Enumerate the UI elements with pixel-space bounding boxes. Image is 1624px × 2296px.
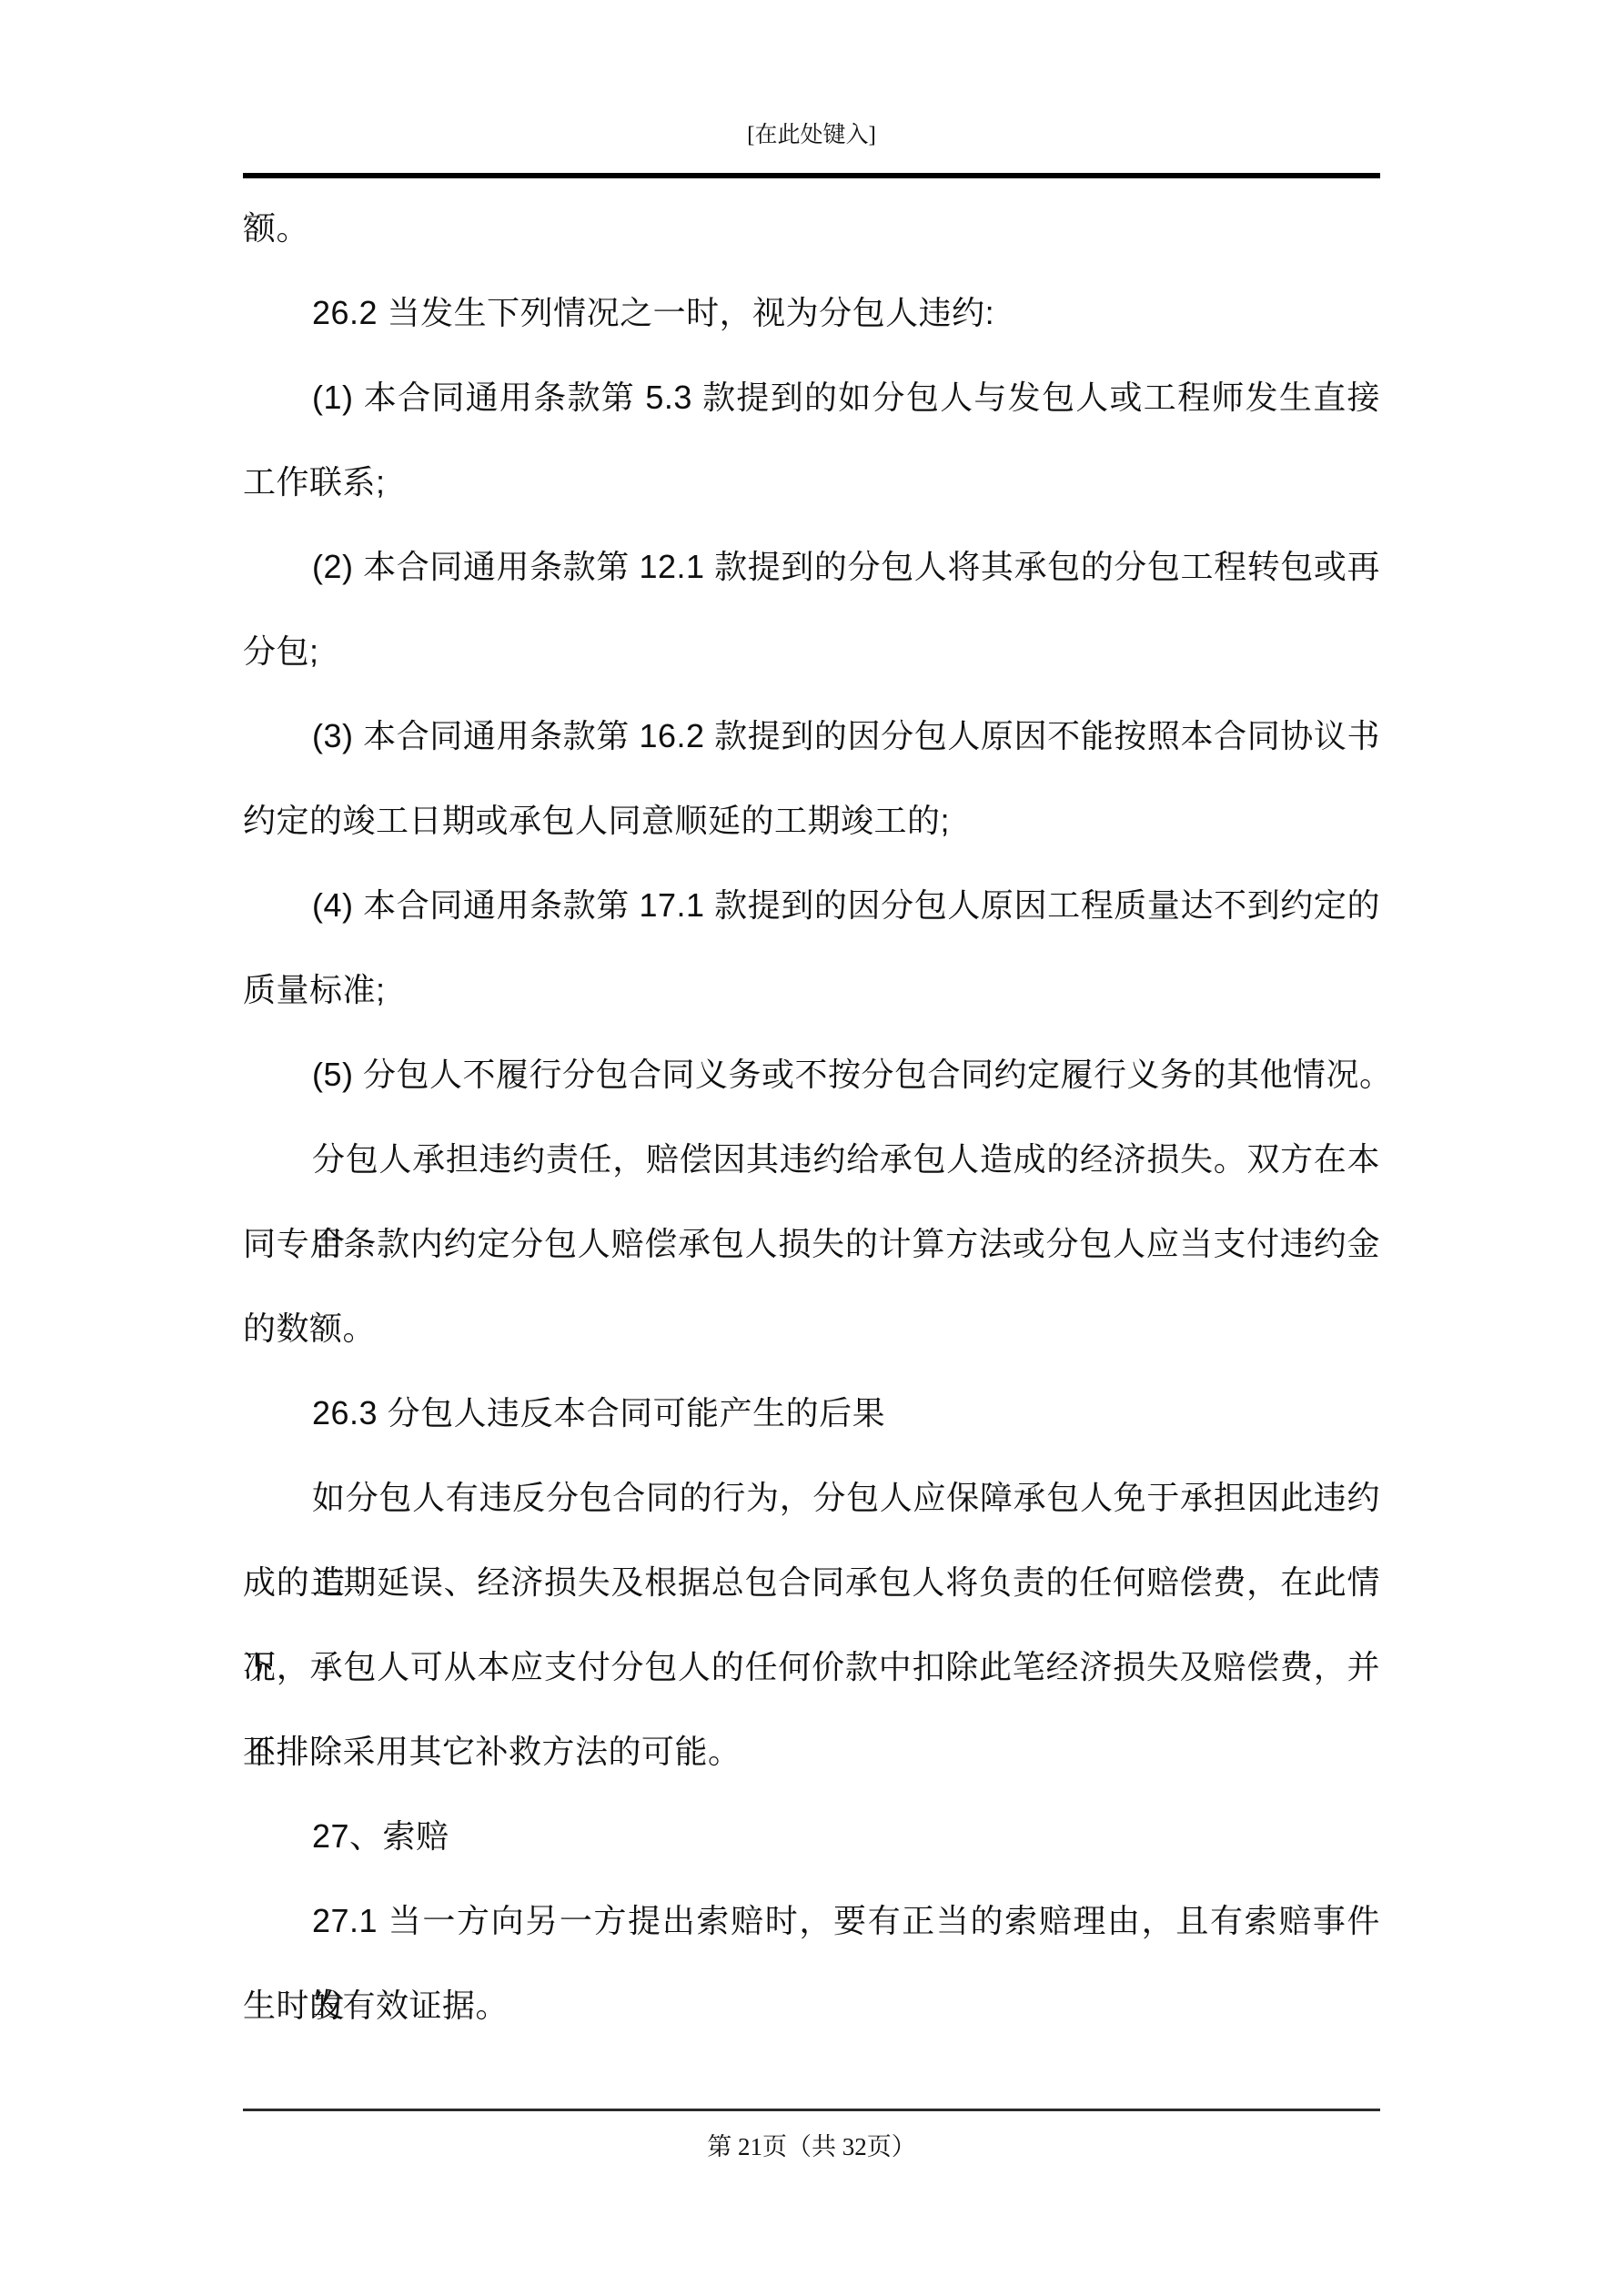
document-body: 额。 26.2 当发生下列情况之一时，视为分包人违约: (1) 本合同通用条款第… (243, 186, 1380, 2048)
text-line: 不排除采用其它补救方法的可能。 (243, 1709, 1380, 1794)
paragraph: 额。 (243, 186, 1380, 270)
text-line: (5) 分包人不履行分包合同义务或不按分包合同约定履行义务的其他情况。 (243, 1032, 1380, 1117)
text-line: 26.2 当发生下列情况之一时，视为分包人违约: (243, 270, 1380, 355)
footer-rule (243, 2109, 1380, 2111)
text-line: 的数额。 (243, 1286, 1380, 1371)
text-line: 分包; (243, 609, 1380, 693)
text-line: 约定的竣工日期或承包人同意顺延的工期竣工的; (243, 778, 1380, 863)
text-line: 质量标准; (243, 947, 1380, 1032)
text-line: 27、索赔 (243, 1794, 1380, 1878)
paragraph: 27、索赔 (243, 1794, 1380, 1878)
text-line: (1) 本合同通用条款第 5.3 款提到的如分包人与发包人或工程师发生直接 (243, 355, 1380, 440)
paragraph: 26.2 当发生下列情况之一时，视为分包人违约: (243, 270, 1380, 355)
text-line: 如分包人有违反分包合同的行为，分包人应保障承包人免于承担因此违约造 (243, 1455, 1380, 1540)
text-line: (2) 本合同通用条款第 12.1 款提到的分包人将其承包的分包工程转包或再 (243, 524, 1380, 609)
text-line: 生时的有效证据。 (243, 1963, 1380, 2048)
paragraph: (4) 本合同通用条款第 17.1 款提到的因分包人原因工程质量达不到约定的 质… (243, 863, 1380, 1032)
paragraph: (3) 本合同通用条款第 16.2 款提到的因分包人原因不能按照本合同协议书 约… (243, 693, 1380, 863)
paragraph: 27.1 当一方向另一方提出索赔时，要有正当的索赔理由，且有索赔事件发 生时的有… (243, 1878, 1380, 2048)
text-line: 工作联系; (243, 440, 1380, 524)
paragraph: (2) 本合同通用条款第 12.1 款提到的分包人将其承包的分包工程转包或再 分… (243, 524, 1380, 693)
text-line: 27.1 当一方向另一方提出索赔时，要有正当的索赔理由，且有索赔事件发 (243, 1878, 1380, 1963)
paragraph: 26.3 分包人违反本合同可能产生的后果 (243, 1371, 1380, 1455)
text-line: 下，承包人可从本应支付分包人的任何价款中扣除此笔经济损失及赔偿费，并且 (243, 1624, 1380, 1709)
text-line: 分包人承担违约责任，赔偿因其违约给承包人造成的经济损失。双方在本合 (243, 1117, 1380, 1201)
paragraph: (1) 本合同通用条款第 5.3 款提到的如分包人与发包人或工程师发生直接 工作… (243, 355, 1380, 524)
text-line: 成的工期延误、经济损失及根据总包合同承包人将负责的任何赔偿费，在此情况 (243, 1540, 1380, 1624)
header-placeholder: [在此处键入] (243, 120, 1380, 151)
text-line: 额。 (243, 186, 1380, 270)
document-page: [在此处键入] 额。 26.2 当发生下列情况之一时，视为分包人违约: (1) … (0, 0, 1624, 2296)
paragraph: 如分包人有违反分包合同的行为，分包人应保障承包人免于承担因此违约造 成的工期延误… (243, 1455, 1380, 1794)
text-line: 26.3 分包人违反本合同可能产生的后果 (243, 1371, 1380, 1455)
paragraph: (5) 分包人不履行分包合同义务或不按分包合同约定履行义务的其他情况。 (243, 1032, 1380, 1117)
paragraph: 分包人承担违约责任，赔偿因其违约给承包人造成的经济损失。双方在本合 同专用条款内… (243, 1117, 1380, 1371)
text-line: (4) 本合同通用条款第 17.1 款提到的因分包人原因工程质量达不到约定的 (243, 863, 1380, 947)
text-line: (3) 本合同通用条款第 16.2 款提到的因分包人原因不能按照本合同协议书 (243, 693, 1380, 778)
text-line: 同专用条款内约定分包人赔偿承包人损失的计算方法或分包人应当支付违约金 (243, 1201, 1380, 1286)
header-rule (243, 173, 1380, 178)
footer-page-number: 第 21页（共 32页） (243, 2129, 1380, 2164)
